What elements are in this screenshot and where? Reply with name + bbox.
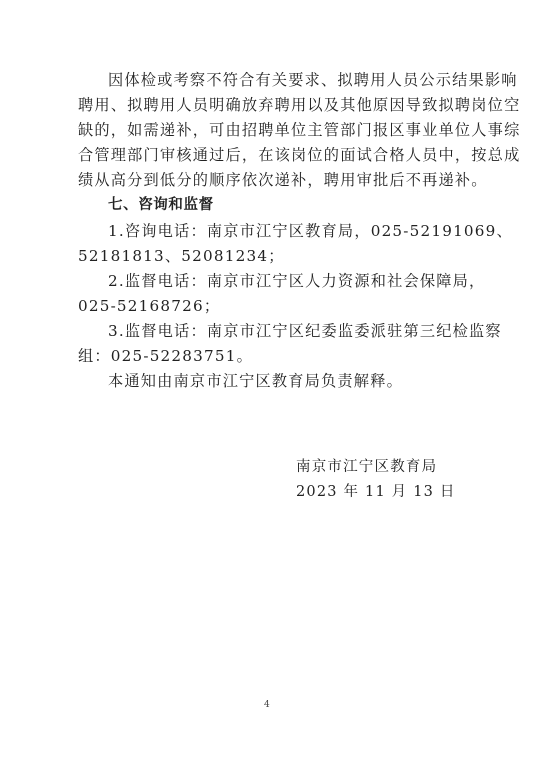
paragraph-line: 绩从高分到低分的顺序依次递补，聘用审批后不再递补。 — [78, 170, 462, 190]
page-number: 4 — [264, 700, 270, 710]
paragraph-line: 缺的，如需递补，可由招聘单位主管部门报区事业单位人事综 — [78, 120, 462, 140]
document-page: 因体检或考察不符合有关要求、拟聘用人员公示结果影响 聘用、拟聘用人员明确放弃聘用… — [0, 0, 538, 760]
paragraph-line: 合管理部门审核通过后，在该岗位的面试合格人员中，按总成 — [78, 145, 462, 165]
paragraph-line: 聘用、拟聘用人员明确放弃聘用以及其他原因导致拟聘岗位空 — [78, 95, 462, 115]
contact-item-supervision-discipline-cont: 组：025-52283751。 — [78, 346, 462, 366]
signature-date: 2023 年 11 月 13 日 — [296, 482, 456, 502]
contact-item-supervision-hr: 2.监督电话：南京市江宁区人力资源和社会保障局， — [108, 271, 462, 291]
contact-item-consult: 1.咨询电话：南京市江宁区教育局，025-52191069、 — [108, 221, 462, 241]
paragraph-line: 因体检或考察不符合有关要求、拟聘用人员公示结果影响 — [108, 70, 462, 90]
section-heading: 七、咨询和监督 — [108, 195, 462, 215]
contact-item-supervision-discipline: 3.监督电话：南京市江宁区纪委监委派驻第三纪检监察 — [108, 321, 462, 341]
signature-organization: 南京市江宁区教育局 — [296, 457, 437, 477]
contact-item-consult-cont: 52181813、52081234； — [78, 246, 462, 266]
closing-statement: 本通知由南京市江宁区教育局负责解释。 — [108, 371, 462, 391]
contact-item-supervision-hr-cont: 025-52168726； — [78, 296, 462, 316]
